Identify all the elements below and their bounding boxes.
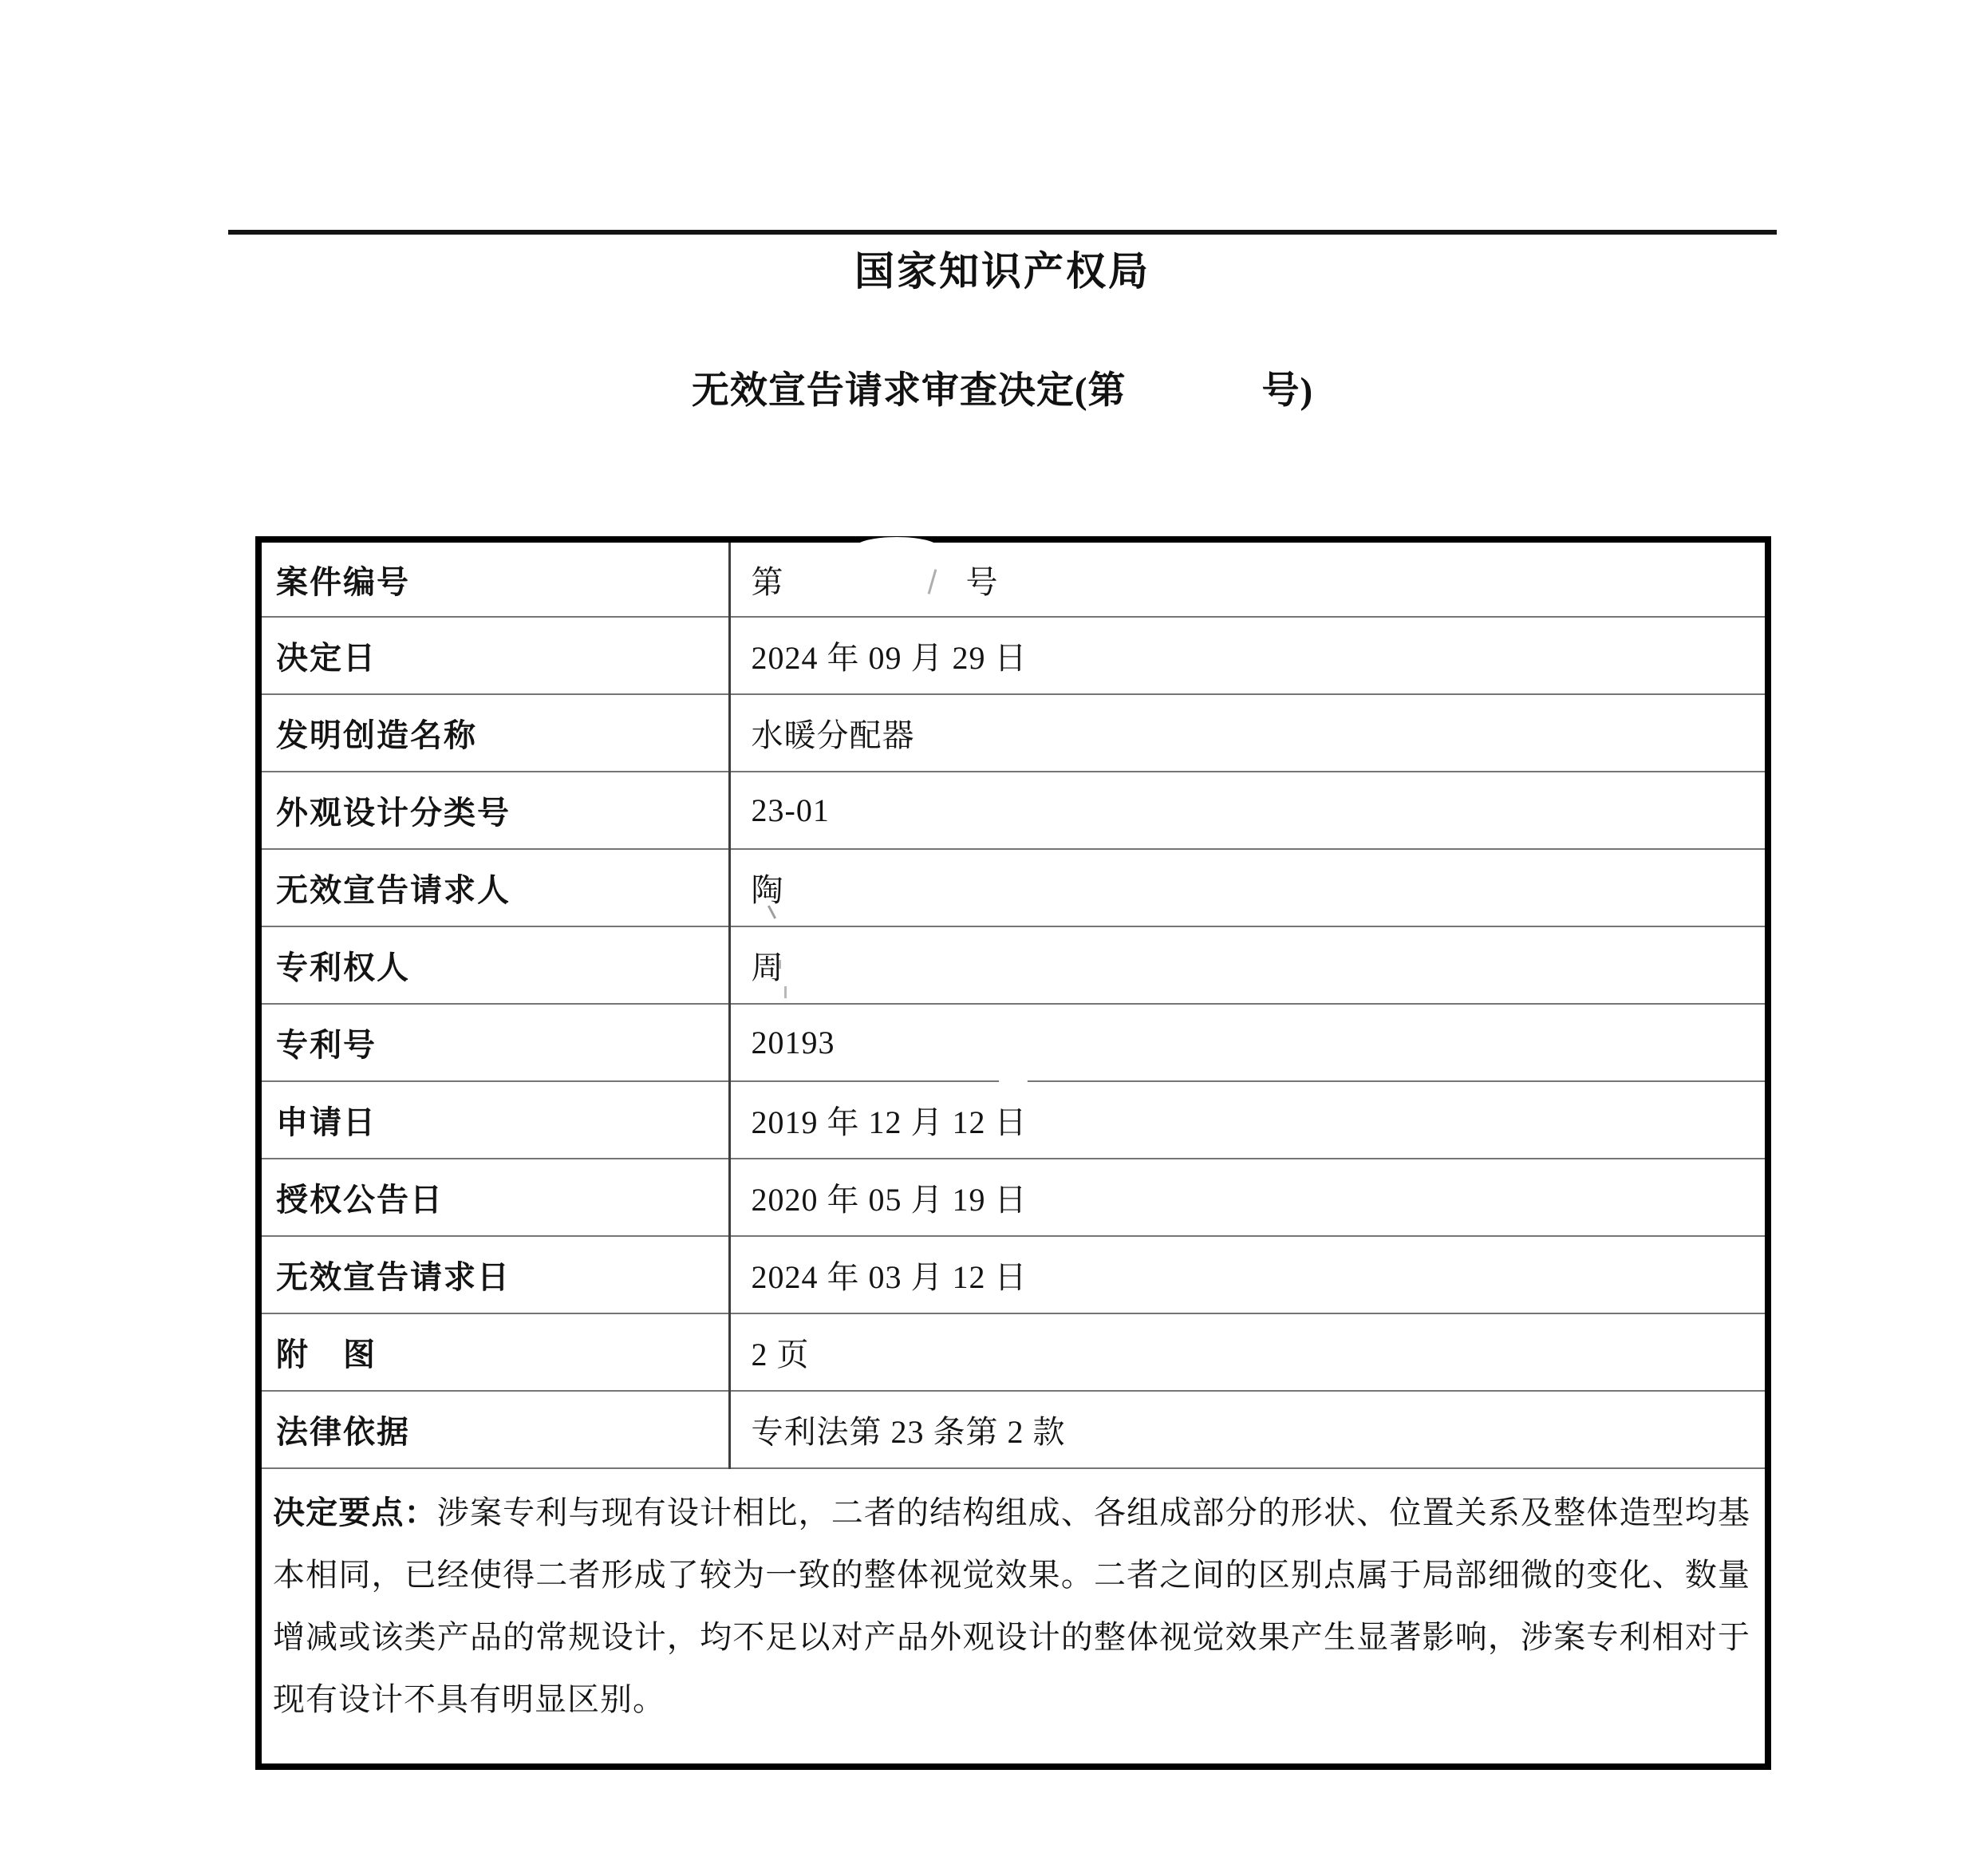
row-label: 外观设计分类号 [258, 772, 729, 849]
table-row-key-points: 决定要点：涉案专利与现有设计相比，二者的结构组成、各组成部分的形状、位置关系及整… [258, 1468, 1768, 1767]
table-row-invalidation-request-date: 无效宣告请求日 2024 年 03 月 12 日 [258, 1236, 1768, 1313]
row-label: 案件编号 [258, 539, 729, 617]
row-value: 2024 年 03 月 12 日 [729, 1236, 1768, 1313]
redaction-remnant-patentee [779, 960, 781, 969]
decision-title-prefix: 无效宣告请求审查决定(第 [692, 370, 1127, 412]
row-label: 申请日 [258, 1081, 729, 1159]
row-label: 附 图 [258, 1313, 729, 1391]
row-label: 法律依据 [258, 1391, 729, 1468]
scanned-document-page: 国家知识产权局 无效宣告请求审查决定(第号) 案件编号 第号 决定日 2024 … [0, 0, 1977, 1876]
row-value: 周 [729, 926, 1768, 1004]
whiteout-blob-row-divider [999, 1076, 1028, 1087]
org-title: 国家知识产权局 [228, 239, 1777, 297]
header-rule [228, 230, 1777, 235]
table-row-legal-basis: 法律依据 专利法第 23 条第 2 款 [258, 1391, 1768, 1468]
row-value: 陶 [729, 849, 1768, 926]
row-value: 水暖分配器 [729, 694, 1768, 772]
table-row-case-number: 案件编号 第号 [258, 539, 1768, 617]
decision-title: 无效宣告请求审查决定(第号) [228, 361, 1777, 414]
row-label: 无效宣告请求日 [258, 1236, 729, 1313]
table-row-filing-date: 申请日 2019 年 12 月 12 日 [258, 1081, 1768, 1159]
table-row-patent-number: 专利号 20193 [258, 1004, 1768, 1081]
table-row-decision-date: 决定日 2024 年 09 月 29 日 [258, 617, 1768, 694]
row-value: 23-01 [729, 772, 1768, 849]
row-label: 发明创造名称 [258, 694, 729, 772]
row-value: 20193 [729, 1004, 1768, 1081]
table-row-figures: 附 图 2 页 [258, 1313, 1768, 1391]
table-row-grant-date: 授权公告日 2020 年 05 月 19 日 [258, 1159, 1768, 1236]
row-label: 专利权人 [258, 926, 729, 1004]
table-row-patentee: 专利权人 周 [258, 926, 1768, 1004]
table-row-design-class: 外观设计分类号 23-01 [258, 772, 1768, 849]
case-number-suffix: 号 [966, 564, 999, 600]
redaction-remnant-patentee [784, 986, 787, 998]
row-label: 无效宣告请求人 [258, 849, 729, 926]
key-points-text: 涉案专利与现有设计相比，二者的结构组成、各组成部分的形状、位置关系及整体造型均基… [273, 1495, 1750, 1717]
decision-title-suffix: 号) [1262, 370, 1314, 412]
row-value: 2024 年 09 月 29 日 [729, 617, 1768, 694]
row-value: 2019 年 12 月 12 日 [729, 1081, 1768, 1159]
row-label: 专利号 [258, 1004, 729, 1081]
whiteout-blob-top-border [855, 537, 938, 558]
table-row-petitioner: 无效宣告请求人 陶 [258, 849, 1768, 926]
key-points-lead: 决定要点： [273, 1495, 437, 1530]
row-value: 2 页 [729, 1313, 1768, 1391]
row-value: 专利法第 23 条第 2 款 [729, 1391, 1768, 1468]
case-info-table: 案件编号 第号 决定日 2024 年 09 月 29 日 发明创造名称 水暖分配… [255, 536, 1771, 1770]
case-number-prefix: 第 [752, 564, 784, 600]
row-label: 授权公告日 [258, 1159, 729, 1236]
key-points-cell: 决定要点：涉案专利与现有设计相比，二者的结构组成、各组成部分的形状、位置关系及整… [258, 1468, 1768, 1767]
table-row-invention-name: 发明创造名称 水暖分配器 [258, 694, 1768, 772]
row-label: 决定日 [258, 617, 729, 694]
row-value: 2020 年 05 月 19 日 [729, 1159, 1768, 1236]
